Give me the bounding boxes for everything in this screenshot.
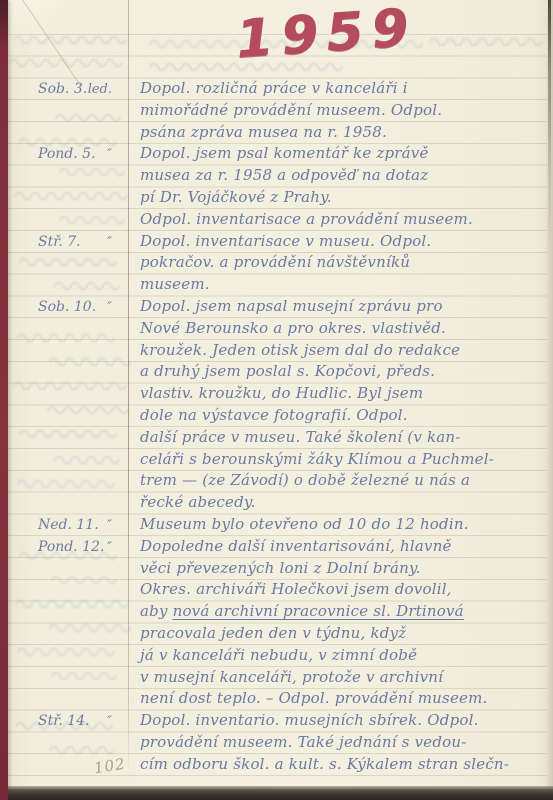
entry-ditto-mark: ″ (107, 232, 112, 254)
diary-page: 1959 Sob. 3.led.Dopol. rozličná práce v … (0, 0, 553, 800)
handwritten-line: Dopoledne další inventarisování, hlavně (140, 537, 553, 559)
handwritten-line: museem. (140, 275, 553, 297)
handwritten-line: pokračov. a provádění návštěvníků (140, 253, 553, 275)
handwritten-line: v musejní kanceláři, protože v archivní (140, 668, 553, 690)
diary-entry: Sob. 10.″Dopol. jsem napsal musejní zprá… (0, 297, 553, 515)
entry-ditto-mark: ″ (107, 537, 112, 559)
book-cover-edge (0, 0, 8, 800)
entry-date: Stř. 14.″ (0, 711, 128, 733)
handwritten-line: Dopol. inventario. musejních sbírek. Odp… (140, 711, 553, 733)
diary-entry: Pond. 12.″Dopoledne další inventarisován… (0, 537, 553, 711)
entry-date: Pond. 12.″ (0, 537, 128, 559)
handwritten-line: Dopol. jsem napsal musejní zprávu pro (140, 297, 553, 319)
handwritten-line: dole na výstavce fotografií. Odpol. (140, 406, 553, 428)
handwritten-line: cím odboru škol. a kult. s. Kýkalem stra… (140, 755, 553, 777)
entry-date: Stř. 7.″ (0, 232, 128, 254)
entry-text: Dopol. inventarisace v museu. Odpol.pokr… (128, 232, 553, 297)
handwritten-line: pracovala jeden den v týdnu, když (140, 624, 553, 646)
entry-text: Dopoledne další inventarisování, hlavněv… (128, 537, 553, 711)
entry-date-label: Stř. 7. (38, 232, 81, 254)
handwritten-line: kroužek. Jeden otisk jsem dal do redakce (140, 341, 553, 363)
handwritten-line: provádění museem. Také jednání s vedou- (140, 733, 553, 755)
handwritten-line: já v kanceláři nebudu, v zimní době (140, 646, 553, 668)
entry-text: Dopol. inventario. musejních sbírek. Odp… (128, 711, 553, 776)
entry-ditto-mark: ″ (107, 144, 112, 166)
handwritten-line: není dost teplo. – Odpol. provádění muse… (140, 689, 553, 711)
page-right-edge (548, 0, 551, 260)
line-prefix: aby (140, 602, 173, 620)
entry-date: Ned. 11.″ (0, 515, 128, 537)
handwritten-line: a druhý jsem poslal s. Kopčovi, předs. (140, 362, 553, 384)
handwritten-line: pí Dr. Vojáčkové z Prahy. (140, 188, 553, 210)
diary-entries: Sob. 3.led.Dopol. rozličná práce v kance… (0, 79, 553, 777)
diary-entry: Ned. 11.″Museum bylo otevřeno od 10 do 1… (0, 515, 553, 537)
entry-date: Pond. 5.″ (0, 144, 128, 166)
entry-text: Dopol. rozličná práce v kanceláři imimoř… (128, 79, 553, 144)
handwritten-line: musea za r. 1958 a odpověď na dotaz (140, 166, 553, 188)
entry-date-label: Ned. 11. (38, 515, 99, 537)
diary-entry: Stř. 7.″Dopol. inventarisace v museu. Od… (0, 232, 553, 297)
paper-corner-highlight (0, 0, 70, 70)
entry-date: Sob. 3.led. (0, 79, 128, 101)
handwritten-line: Dopol. inventarisace v museu. Odpol. (140, 232, 553, 254)
underlined-text: nová archivní pracovnice sl. Drtinová (173, 602, 464, 620)
handwritten-line: trem — (ze Závodí) o době železné u nás … (140, 471, 553, 493)
entry-date-label: Sob. 3. (38, 79, 87, 101)
handwritten-line: Okres. archiváři Holečkovi jsem dovolil, (140, 580, 553, 602)
entry-ditto-mark: ″ (107, 297, 112, 319)
handwritten-line: aby nová archivní pracovnice sl. Drtinov… (140, 602, 553, 624)
handwritten-line: Odpol. inventarisace a provádění museem. (140, 210, 553, 232)
entry-date-label: Pond. 12. (38, 537, 104, 559)
handwritten-line: Nové Berounsko a pro okres. vlastivěd. (140, 319, 553, 341)
entry-text: Dopol. jsem napsal musejní zprávu proNov… (128, 297, 553, 515)
entry-date-label: Stř. 14. (38, 711, 90, 733)
handwritten-line: vlastiv. kroužku, do Hudlic. Byl jsem (140, 384, 553, 406)
entry-ditto-mark: ″ (107, 515, 112, 537)
year-heading: 1959 (234, 0, 418, 70)
diary-entry: Stř. 14.″Dopol. inventario. musejních sb… (0, 711, 553, 776)
handwritten-line: Dopol. jsem psal komentář ke zprávě (140, 144, 553, 166)
entry-ditto-mark: ″ (107, 711, 112, 733)
page-bottom-edge (0, 786, 553, 800)
entry-text: Dopol. jsem psal komentář ke zprávěmusea… (128, 144, 553, 231)
handwritten-line: psána zpráva musea na r. 1958. (140, 123, 553, 145)
handwritten-line: Dopol. rozličná práce v kanceláři i (140, 79, 553, 101)
entry-text: Museum bylo otevřeno od 10 do 12 hodin. (128, 515, 553, 537)
handwritten-line: celáři s berounskými žáky Klímou a Puchm… (140, 450, 553, 472)
entry-date-label: Pond. 5. (38, 144, 96, 166)
diary-entry: Sob. 3.led.Dopol. rozličná práce v kance… (0, 79, 553, 144)
diary-entry: Pond. 5.″Dopol. jsem psal komentář ke zp… (0, 144, 553, 231)
scanned-diary-photo: { "header": { "year": "1959" }, "footer"… (0, 0, 553, 800)
handwritten-line: mimořádné provádění museem. Odpol. (140, 101, 553, 123)
handwritten-line: věci převezených loni z Dolní brány. (140, 559, 553, 581)
entry-date: Sob. 10.″ (0, 297, 128, 319)
handwritten-line: Museum bylo otevřeno od 10 do 12 hodin. (140, 515, 553, 537)
entry-ditto-mark: led. (88, 79, 112, 101)
handwritten-line: další práce v museu. Také školení (v kan… (140, 428, 553, 450)
entry-date-label: Sob. 10. (38, 297, 96, 319)
handwritten-line: řecké abecedy. (140, 493, 553, 515)
